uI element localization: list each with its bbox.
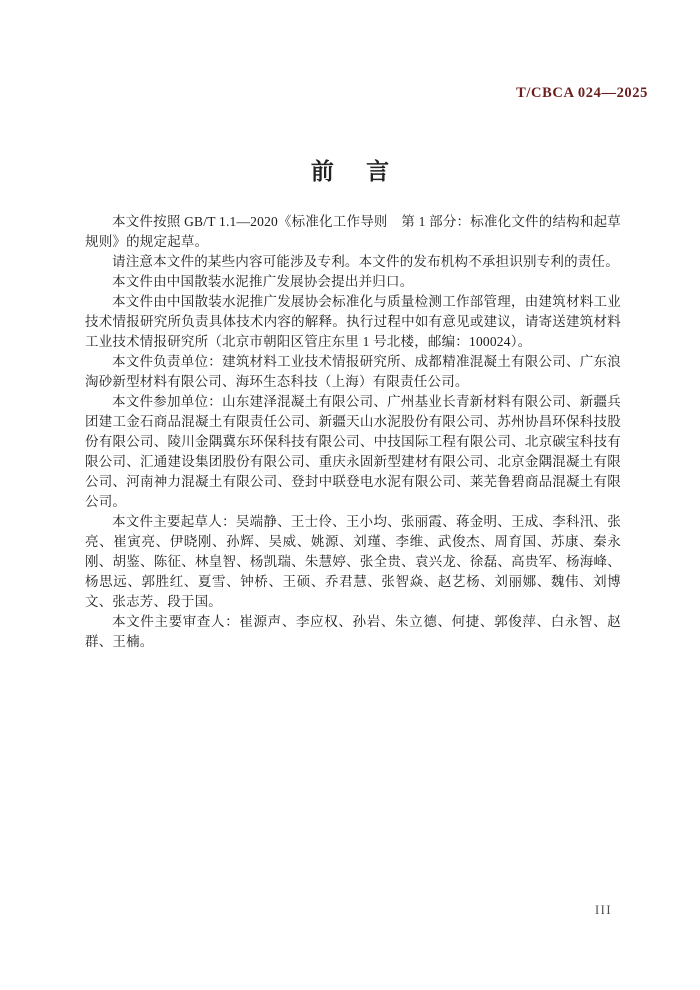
foreword-paragraph-reviewers: 本文件主要审查人：崔源声、李应权、孙岩、朱立德、何捷、郭俊萍、白永智、赵群、王楠…: [85, 612, 621, 652]
foreword-title: 前言: [0, 153, 700, 186]
foreword-paragraph-participating-units: 本文件参加单位：山东建泽混凝土有限公司、广州基业长青新材料有限公司、新疆兵团建工…: [85, 392, 621, 512]
foreword-paragraph-proposing-body: 本文件由中国散装水泥推广发展协会提出并归口。: [85, 272, 621, 292]
foreword-paragraph-patent-notice: 请注意本文件的某些内容可能涉及专利。本文件的发布机构不承担识别专利的责任。: [85, 252, 621, 272]
foreword-paragraph-responsible-units: 本文件负责单位：建筑材料工业技术情报研究所、成都精准混凝土有限公司、广东浪淘砂新…: [85, 352, 621, 392]
foreword-body: 本文件按照 GB/T 1.1—2020《标准化工作导则 第 1 部分：标准化文件…: [85, 212, 621, 652]
standard-number: T/CBCA 024—2025: [516, 85, 648, 102]
document-page: T/CBCA 024—2025 前言 本文件按照 GB/T 1.1—2020《标…: [0, 0, 700, 990]
page-number: III: [595, 903, 612, 918]
foreword-paragraph-administration: 本文件由中国散装水泥推广发展协会标准化与质量检测工作部管理，由建筑材料工业技术情…: [85, 292, 621, 352]
foreword-paragraph-drafting-rules: 本文件按照 GB/T 1.1—2020《标准化工作导则 第 1 部分：标准化文件…: [85, 212, 621, 252]
foreword-paragraph-drafters: 本文件主要起草人：吴端静、王士伶、王小均、张丽霞、蒋金明、王成、李科汛、张亮、崔…: [85, 512, 621, 612]
